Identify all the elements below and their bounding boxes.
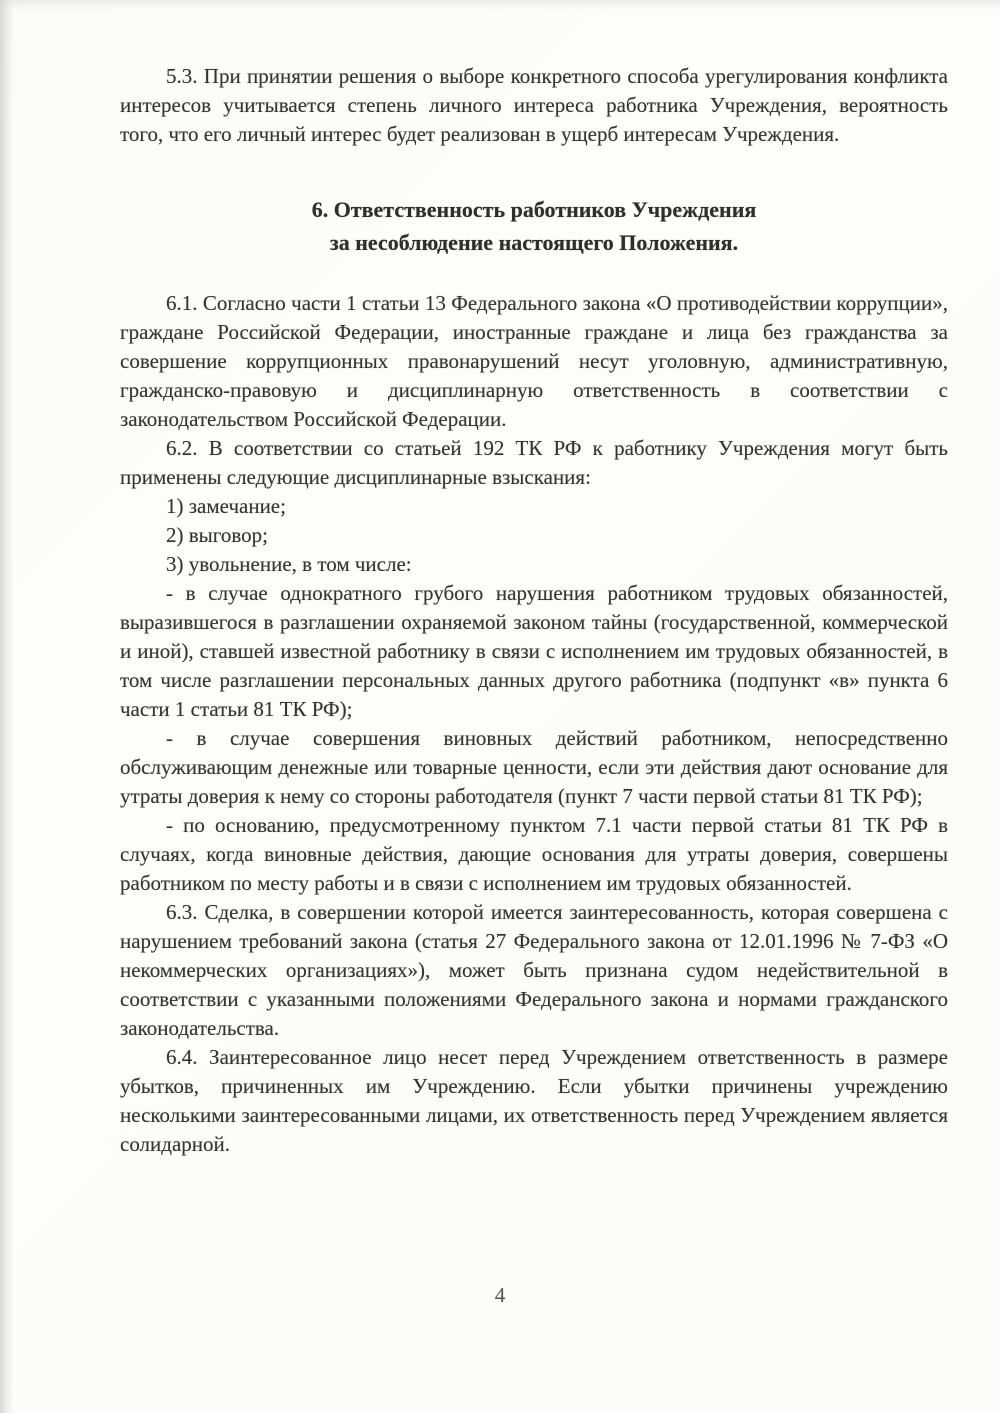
list-item-3: 3) увольнение, в том числе: [120, 550, 948, 579]
paragraph-6-3: 6.3. Сделка, в совершении которой имеетс… [120, 898, 948, 1043]
paragraph-6-1: 6.1. Согласно части 1 статьи 13 Федераль… [120, 289, 948, 434]
dash-item-1: - в случае однократного грубого нарушени… [120, 579, 948, 724]
list-item-1: 1) замечание; [120, 492, 948, 521]
list-item-2: 2) выговор; [120, 521, 948, 550]
section-6-heading-line-1: 6. Ответственность работников Учреждения [120, 193, 948, 226]
dash-item-3: - по основанию, предусмотренному пунктом… [120, 811, 948, 898]
paragraph-6-2: 6.2. В соответствии со статьей 192 ТК РФ… [120, 434, 948, 492]
document-page: 5.3. При принятии решения о выборе конкр… [0, 0, 1000, 1413]
paragraph-5-3: 5.3. При принятии решения о выборе конкр… [120, 62, 948, 149]
dash-item-2: - в случае совершения виновных действий … [120, 724, 948, 811]
page-number: 4 [0, 1283, 1000, 1308]
paragraph-6-4: 6.4. Заинтересованное лицо несет перед У… [120, 1043, 948, 1159]
section-6-heading: 6. Ответственность работников Учреждения… [120, 193, 948, 259]
section-6-heading-line-2: за несоблюдение настоящего Положения. [120, 226, 948, 259]
document-body: 5.3. При принятии решения о выборе конкр… [120, 62, 948, 1159]
